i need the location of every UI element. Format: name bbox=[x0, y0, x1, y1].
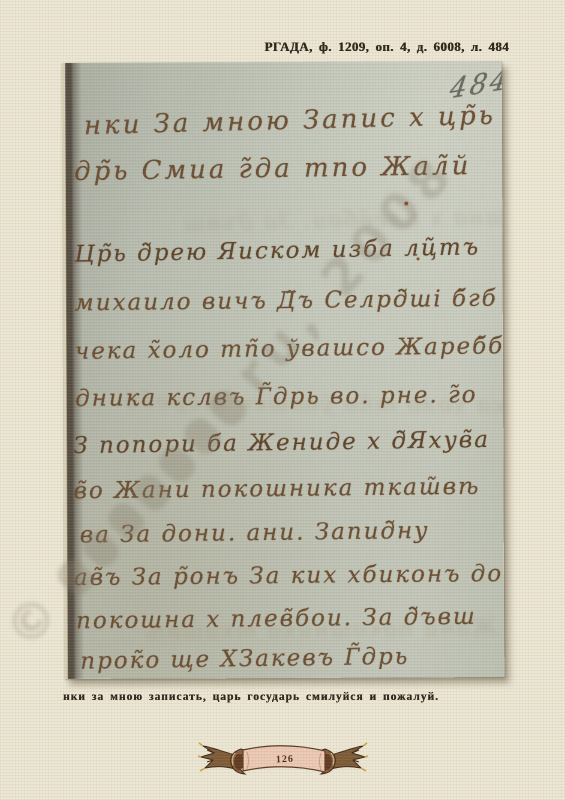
pencil-folio-number: 484 bbox=[448, 64, 505, 106]
bleedthrough-text: покошна х плев̃бои. За д̃ъвш bbox=[182, 203, 504, 236]
ribbon-left-tail bbox=[198, 743, 235, 771]
archive-reference-header: РГАДА, ф. 1209, оп. 4, д. 6008, л. 484 bbox=[264, 39, 509, 55]
manuscript-photo: 484 покошна х плев̃бои. За д̃ъвш чека х̃… bbox=[62, 61, 505, 679]
manuscript-line: др̃ь Смиа г̃да тпо Жал̃й bbox=[74, 151, 472, 187]
manuscript-line: чека х̃оло тп̃о ўвашсо Жареб̃б bbox=[75, 333, 505, 365]
page-number: 126 bbox=[276, 754, 294, 766]
manuscript-line: З попори ба Жениде х д̃Яхув̃а bbox=[73, 427, 490, 459]
manuscript-line: дника кслвъ Г̃дрь во. рне. г̃о bbox=[75, 382, 478, 412]
manuscript-line: в̃о Жани покошника ткаш̃вѣ bbox=[73, 474, 480, 505]
page-number-ribbon: 126 bbox=[197, 738, 369, 788]
ink-speck bbox=[404, 201, 408, 205]
transcription-caption: нки за мною записать, царь государь смил… bbox=[63, 691, 439, 703]
manuscript-line: Цр̃ь д̃рею Яиском изба лц̃тъ bbox=[74, 234, 480, 267]
scanned-book-page: РГАДА, ф. 1209, оп. 4, д. 6008, л. 484 4… bbox=[0, 0, 565, 800]
manuscript-line: прок̃о ще ХЗакевъ Г̃дрь bbox=[80, 644, 409, 675]
manuscript-line: покошна х плев̃бои. За д̃ъвш bbox=[76, 604, 477, 635]
manuscript-line: ва За дони. ани. Запид̃ну bbox=[80, 518, 430, 549]
ribbon-right-tail bbox=[331, 743, 368, 771]
manuscript-line: нки За мною Запис х цр̃ь bbox=[84, 101, 497, 141]
manuscript-line: ав̃ъ За р̃онъ За ких хбиконъ до bbox=[74, 561, 503, 591]
manuscript-line: михаило вичъ Д̃ъ Селрд̃ші б̃гб bbox=[75, 286, 498, 317]
ink-speck bbox=[417, 257, 420, 260]
